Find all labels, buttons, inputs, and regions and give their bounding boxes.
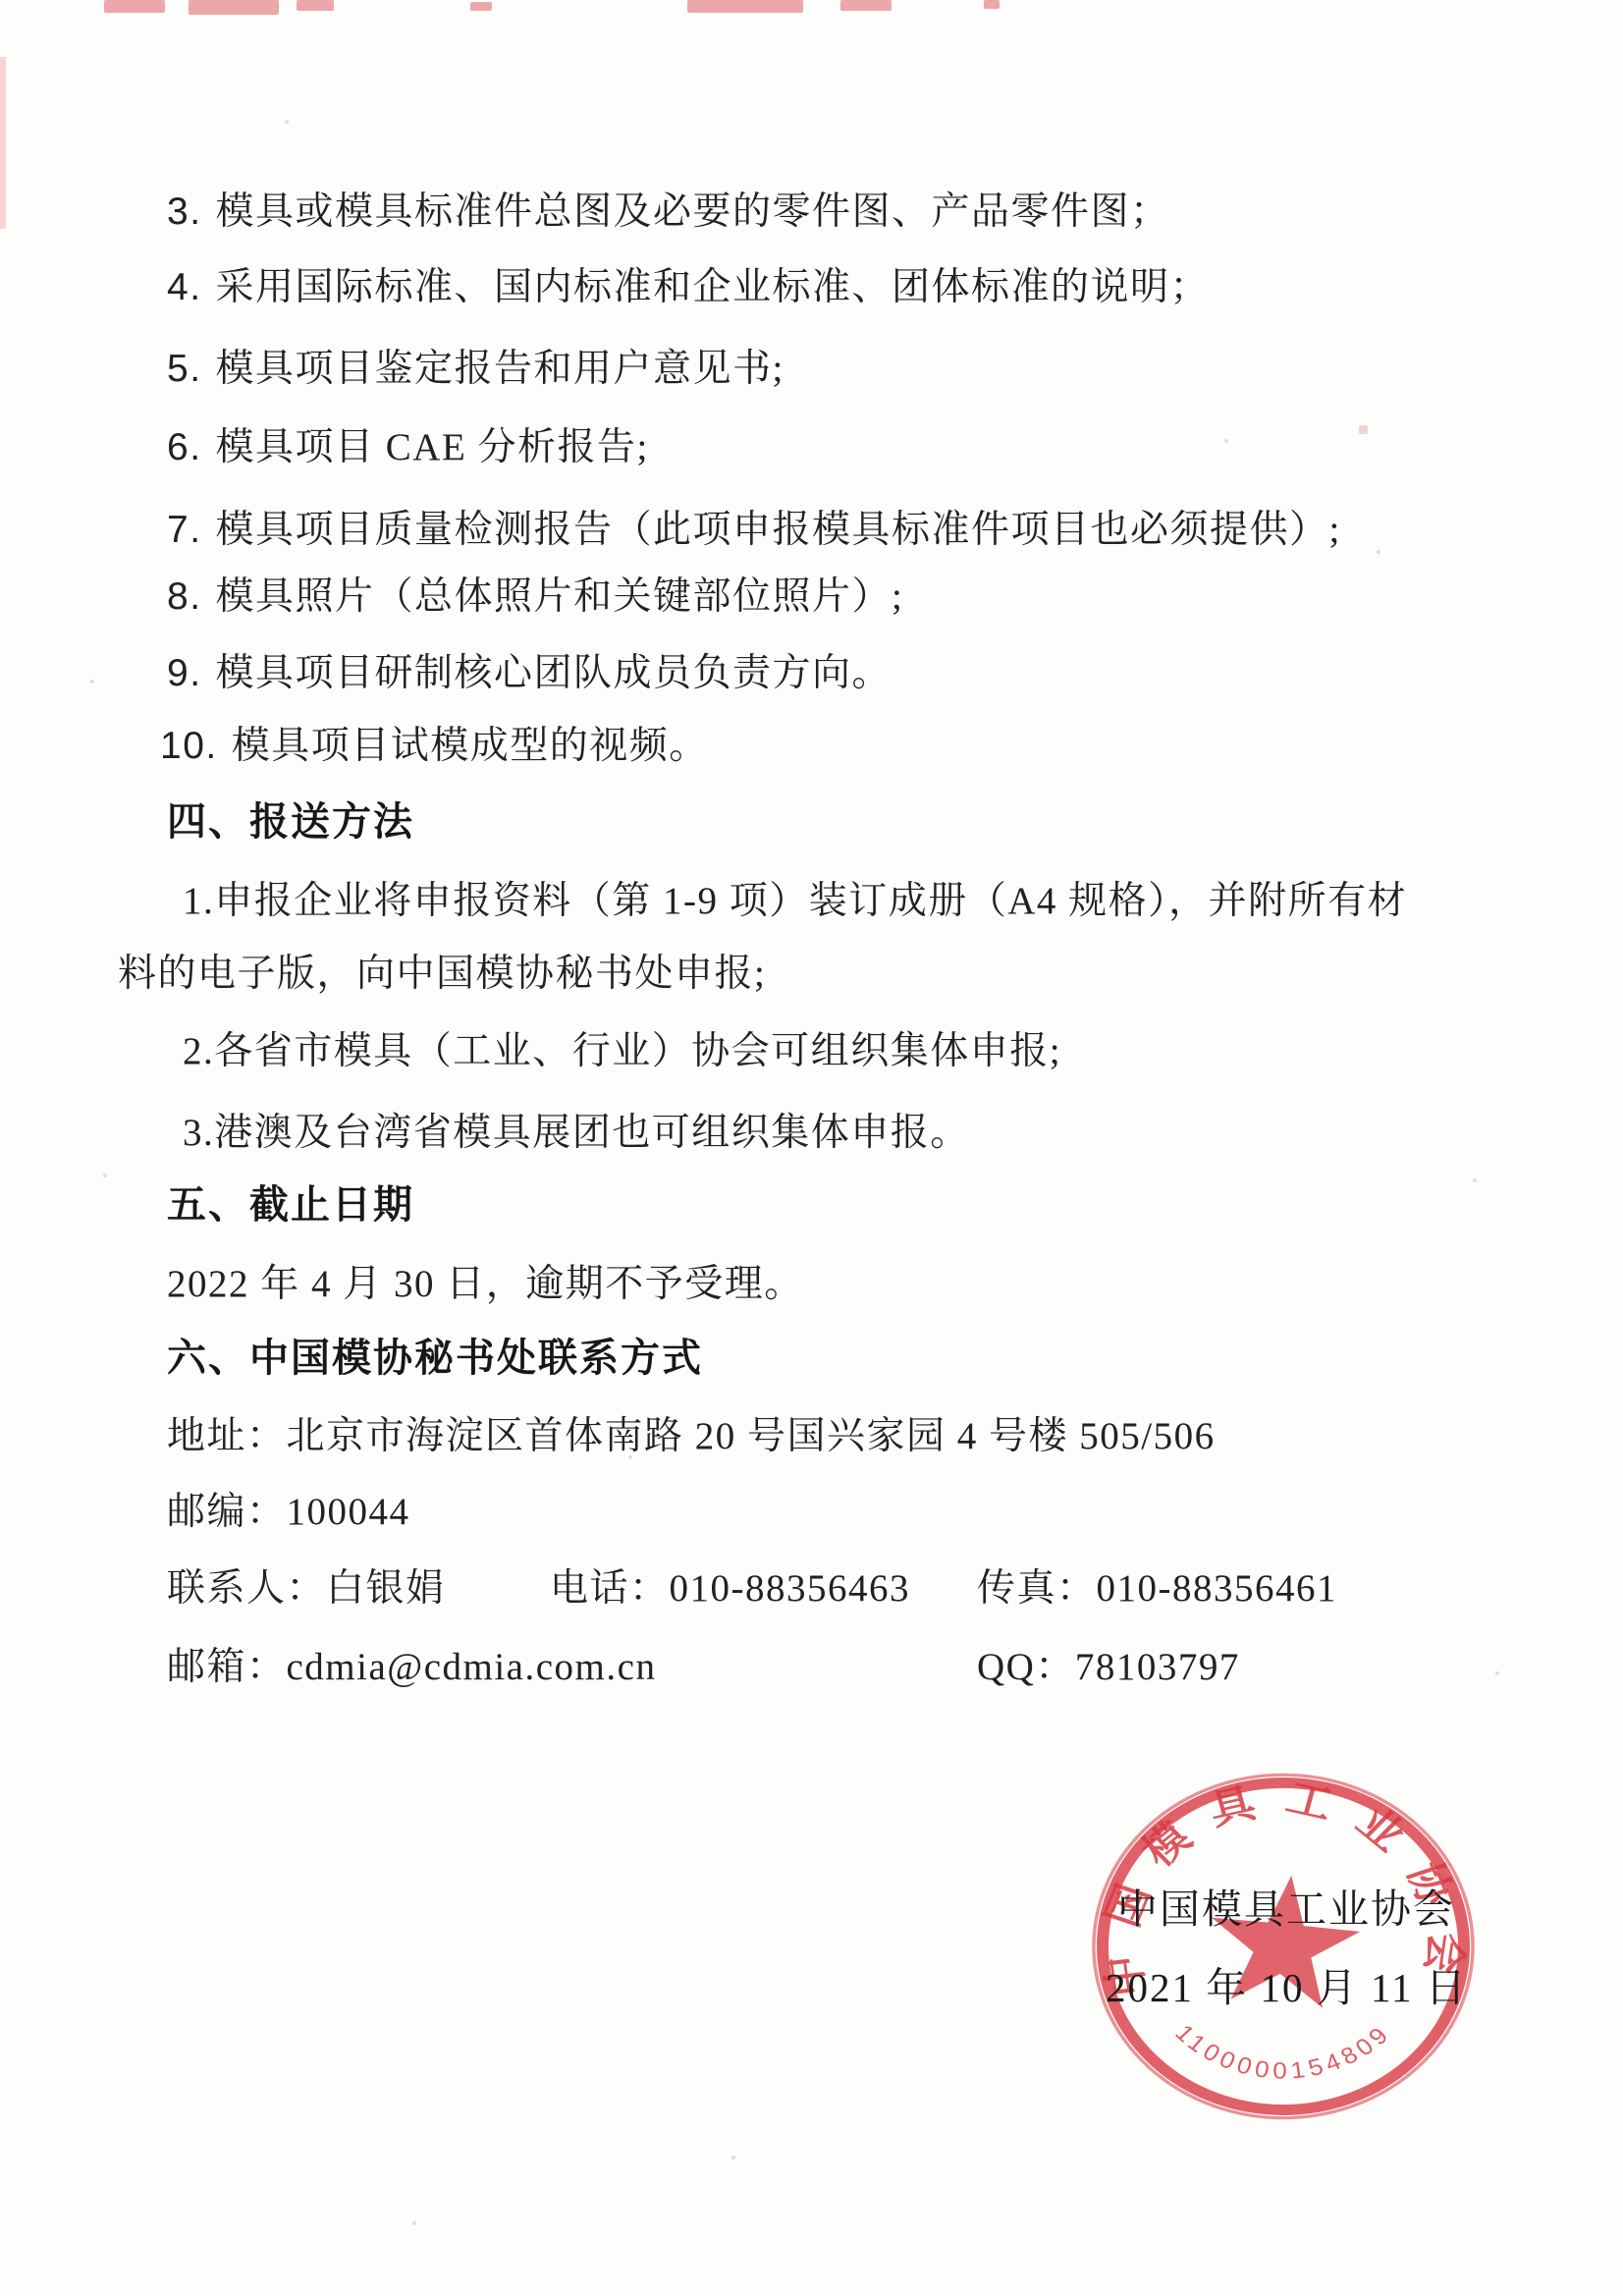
contact-fax: 传真：010-88356461 [977,1565,1337,1613]
contact-qq: QQ：78103797 [977,1644,1240,1692]
contact-phone: 电话：010-88356463 [550,1565,910,1613]
list-item-7-text: 模具项目质量检测报告（此项申报模具标准件项目也必须提供）; [216,509,1341,551]
seal-serial-number: 1100000154809 [1169,2020,1397,2084]
list-item-4-marker: 4. [167,264,202,312]
list-item-3: 3.模具或模具标准件总图及必要的零件图、产品零件图； [167,189,1170,237]
scan-artifact [470,2,492,11]
list-item-10-text: 模具项目试模成型的视频。 [232,725,709,767]
list-item-4: 4.采用国际标准、国内标准和企业标准、团体标准的说明； [167,264,1210,312]
contact-address: 地址：北京市海淀区首体南路 20 号国兴家园 4 号楼 505/506 [167,1413,1216,1461]
scan-artifact [104,0,165,13]
official-seal: 中国模具工业协会 1100000154809 [1077,1750,1489,2143]
list-item-3-marker: 3. [167,189,202,237]
list-item-10: 10.模具项目试模成型的视频。 [160,723,709,771]
signature-date: 2021 年 10 月 11 日 [1106,1955,1468,2013]
list-item-10-marker: 10. [160,723,218,771]
scan-speck [90,680,94,683]
scan-artifact [840,0,892,11]
scanned-document-page: 3.模具或模具标准件总图及必要的零件图、产品零件图； 4.采用国际标准、国内标准… [0,0,1623,2296]
list-item-3-text: 模具或模具标准件总图及必要的零件图、产品零件图； [216,191,1170,233]
section-heading-deadline: 五、截止日期 [167,1180,414,1230]
submission-item1-line1: 1.申报企业将申报资料（第 1-9 项）装订成册（A4 规格），并附所有材 [183,878,1407,926]
submission-item1-line2: 料的电子版，向中国模协秘书处申报; [118,951,766,999]
scan-artifact [189,0,279,15]
scan-speck [103,1174,107,1177]
scan-artifact [297,0,334,11]
scan-speck [1495,1671,1499,1675]
list-item-7: 7.模具项目质量检测报告（此项申报模具标准件项目也必须提供）; [167,507,1341,555]
section-heading-submission: 四、报送方法 [167,797,414,847]
list-item-8: 8.模具照片（总体照片和关键部位照片）; [167,574,903,622]
scan-artifact [1359,425,1368,434]
list-item-8-marker: 8. [167,574,202,622]
list-item-9-text: 模具项目研制核心团队成员负责方向。 [216,652,893,694]
list-item-7-marker: 7. [167,507,202,555]
section-heading-contact: 六、中国模协秘书处联系方式 [167,1334,703,1383]
list-item-6: 6.模具项目 CAE 分析报告; [167,424,649,472]
scan-artifact [687,0,803,13]
svg-text:1100000154809: 1100000154809 [1169,2020,1397,2084]
submission-item2: 2.各省市模具（工业、行业）协会可组织集体申报; [183,1028,1061,1076]
list-item-5-marker: 5. [167,346,202,394]
scan-speck [285,120,289,124]
list-item-8-text: 模具照片（总体照片和关键部位照片）; [216,575,904,618]
list-item-5: 5.模具项目鉴定报告和用户意见书; [167,346,784,394]
scan-speck [1377,550,1380,554]
list-item-9: 9.模具项目研制核心团队成员负责方向。 [167,650,892,698]
list-item-4-text: 采用国际标准、国内标准和企业标准、团体标准的说明； [216,266,1211,308]
contact-zip: 邮编：100044 [167,1489,410,1537]
list-item-6-marker: 6. [167,424,202,472]
scan-artifact [0,57,6,229]
list-item-6-text: 模具项目 CAE 分析报告; [216,426,649,468]
scan-speck [731,2156,735,2159]
scan-speck [1224,439,1228,443]
submission-item3: 3.港澳及台湾省模具展团也可组织集体申报。 [183,1110,970,1158]
deadline-text: 2022 年 4 月 30 日，逾期不予受理。 [167,1261,804,1309]
contact-email: 邮箱：cdmia@cdmia.com.cn [167,1644,656,1692]
list-item-9-marker: 9. [167,650,202,698]
signature-org: 中国模具工业协会 [1117,1877,1455,1935]
scan-speck [412,2221,416,2225]
scan-artifact [984,0,1000,9]
contact-person: 联系人：白银娟 [167,1565,446,1613]
list-item-5-text: 模具项目鉴定报告和用户意见书; [216,348,784,390]
scan-speck [1473,1178,1477,1182]
